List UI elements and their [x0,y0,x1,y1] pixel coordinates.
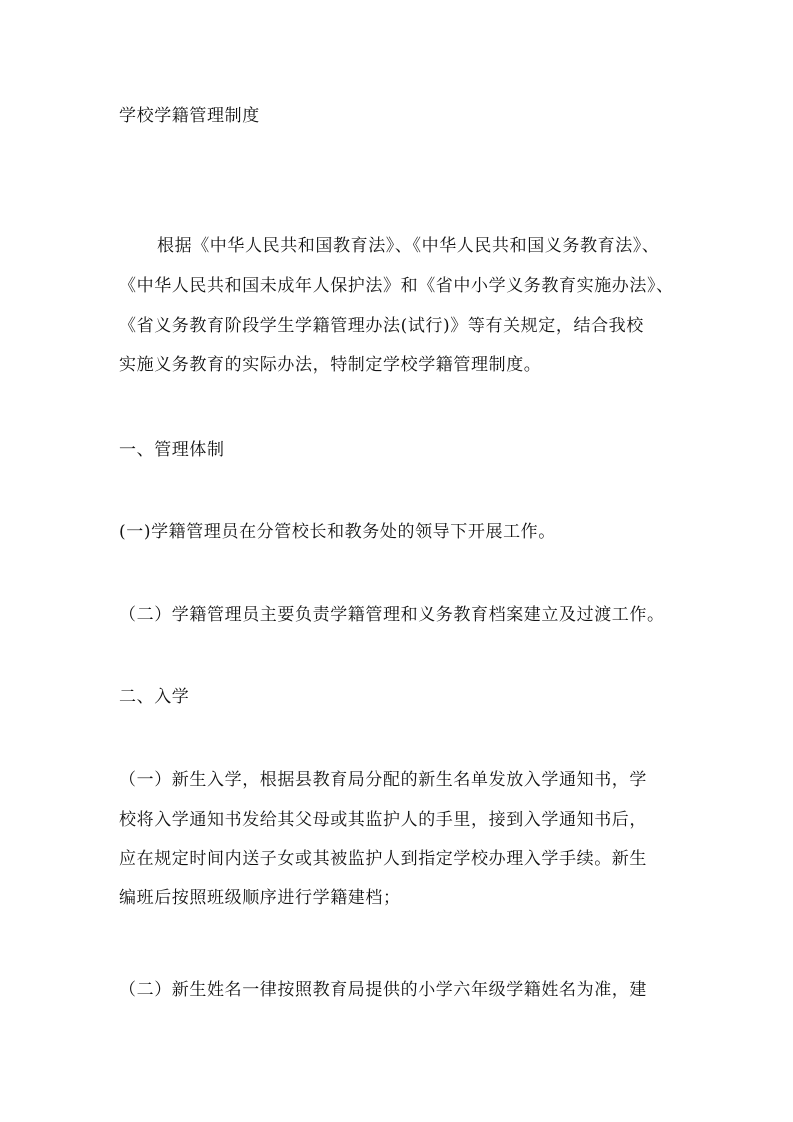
intro-line-1: 根据《中华人民共和国教育法》、《中华人民共和国义务教育法》、 [157,235,660,257]
section1-heading: 一、管理体制 [119,439,225,461]
section1-item-1: (一)学籍管理员在分管校长和教务处的领导下开展工作。 [119,521,556,543]
section2-heading: 二、入学 [119,686,189,708]
section2-item1-line-1: （一）新生入学，根据县教育局分配的新生名单发放入学通知书，学 [119,769,647,791]
section2-item2-line-1: （二）新生姓名一律按照教育局提供的小学六年级学籍姓名为准，建 [119,979,647,1001]
intro-line-2: 《中华人民共和国未成年人保护法》和《省中小学义务教育实施办法》、 [119,275,674,297]
section2-item1-line-4: 编班后按照班级顺序进行学籍建档； [119,887,401,909]
intro-line-4: 实施义务教育的实际办法，特制定学校学籍管理制度。 [119,354,541,376]
intro-line-3: 《省义务教育阶段学生学籍管理办法(试行)》等有关规定，结合我校 [119,315,644,337]
section2-item1-line-3: 应在规定时间内送子女或其被监护人到指定学校办理入学手续。新生 [119,848,647,870]
section1-item-2: （二）学籍管理员主要负责学籍管理和义务教育档案建立及过渡工作。 [119,604,665,626]
section2-item1-line-2: 校将入学通知书发给其父母或其监护人的手里，接到入学通知书后， [119,809,647,831]
document-title: 学校学籍管理制度 [119,105,260,127]
